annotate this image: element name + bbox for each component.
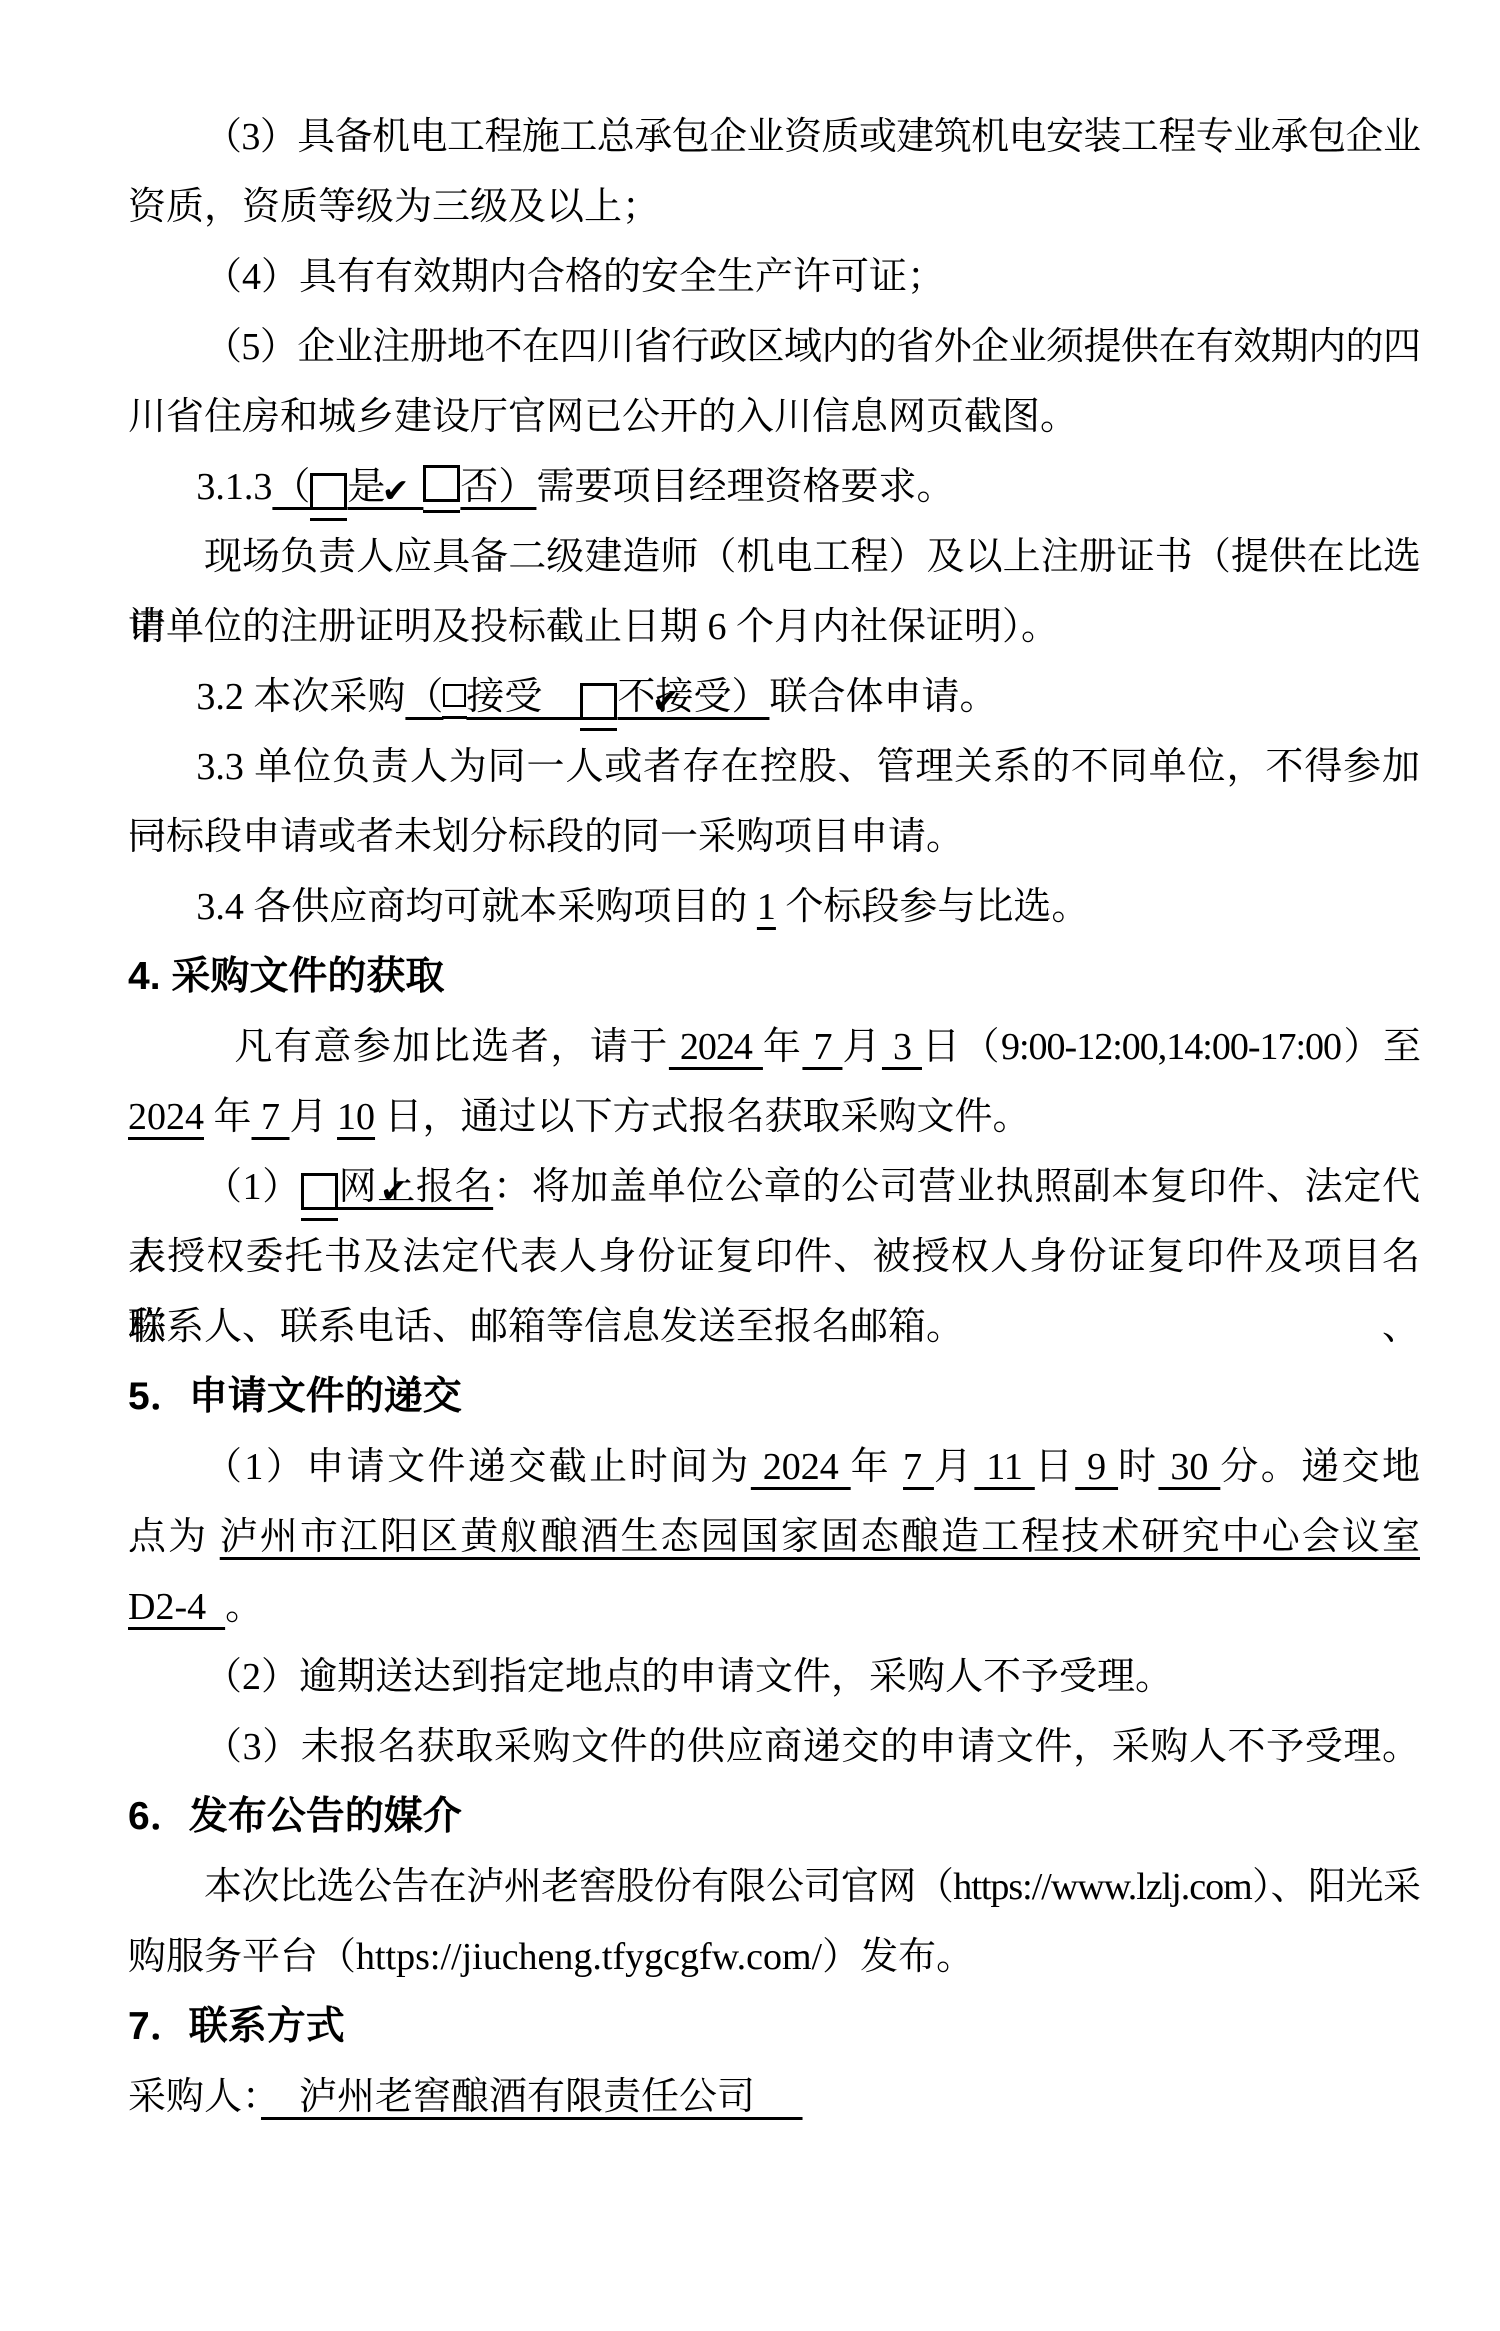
underlined-fill-in-text: （ [405,676,443,718]
underlined-fill-in-text: 30 [1158,1446,1220,1488]
paragraph-line: （1）申请文件递交截止时间为 2024 年 7 月 11 日 9 时 30 分。… [128,1432,1420,1502]
text-run: 联系人、联系电话、邮箱等信息发送至报名邮箱。 [128,1306,964,1348]
text-run: 4. 采购文件的获取 [128,955,444,998]
text-run: 3.4 各供应商均可就本采购项目的 [196,886,757,928]
text-run: 月 [934,1446,974,1488]
underlined-fill-in-text: 不接受） [617,676,769,718]
paragraph-line: 资质，资质等级为三级及以上； [128,172,1420,242]
paragraph-line: 一标段申请或者未划分标段的同一采购项目申请。 [128,802,1420,872]
text-run: 川省住房和城乡建设厅官网已公开的入川信息网页截图。 [128,396,1078,438]
paragraph-line: 2024 年 7 月 10 日，通过以下方式报名获取采购文件。 [128,1082,1420,1152]
text-run: 时 [1118,1446,1158,1488]
section-heading: 6．发布公告的媒介 [128,1782,1420,1852]
paragraph-line: （1）✔网上报名：将加盖单位公章的公司营业执照副本复印件、法定代表 [128,1152,1420,1222]
document-page: （3）具备机电工程施工总承包企业资质或建筑机电安装工程专业承包企业资质，资质等级… [0,0,1500,2331]
text-run: 年 [763,1026,803,1068]
text-run: 联合体申请。 [769,676,997,718]
text-run: 一标段申请或者未划分标段的同一采购项目申请。 [128,816,964,858]
text-run: （2）逾期送达到指定地点的申请文件，采购人不予受理。 [204,1656,1173,1698]
section-heading: 7．联系方式 [128,1992,1420,2062]
text-run: 月 [290,1096,338,1138]
text-run: 日 [1035,1446,1075,1488]
text-run: （4）具有有效期内合格的安全生产许可证； [204,256,945,298]
paragraph-line: （2）逾期送达到指定地点的申请文件，采购人不予受理。 [128,1642,1420,1712]
underlined-fill-in-text: D2-4 [128,1586,225,1628]
underlined-fill-in-text: 7 [903,1446,934,1488]
text-run: 购服务平台（https://jiucheng.tfygcgfw.com/）发布。 [128,1936,974,1978]
paragraph-line: 3.3 单位负责人为同一人或者存在控股、管理关系的不同单位，不得参加同 [128,732,1420,802]
underlined-fill-in-text: 2024 [128,1096,204,1138]
underlined-fill-in-text: 7 [802,1026,842,1068]
text-run: 日（9:00-12:00,14:00-17:00）至 [922,1026,1420,1068]
underlined-fill-in-text: 接受 [466,676,580,718]
text-run: 3.2 本次采购 [196,676,405,718]
checked-checkbox-icon: ✔ [301,1173,338,1210]
paragraph-line: （5）企业注册地不在四川省行政区域内的省外企业须提供在有效期内的四 [128,312,1420,382]
paragraph-line: 点为 泸州市江阳区黄舣酿酒生态园国家固态酿造工程技术研究中心会议室 [128,1502,1420,1572]
text-run: 个标段参与比选。 [776,886,1090,928]
text-run: 7．联系方式 [128,2005,345,2048]
underlined-fill-in-text: 泸州老窖酿酒有限责任公司 [261,2076,803,2118]
paragraph-line: 购服务平台（https://jiucheng.tfygcgfw.com/）发布。 [128,1922,1420,1992]
text-run: （1） [204,1166,301,1208]
underlined-fill-in-text: 10 [337,1096,375,1138]
paragraph-line: 3.1.3（✔是 否）需要项目经理资格要求。 [128,452,1420,522]
checked-checkbox-icon: ✔ [580,683,617,720]
paragraph-line: （3）具备机电工程施工总承包企业资质或建筑机电安装工程专业承包企业 [128,102,1420,172]
paragraph-line: （3）未报名获取采购文件的供应商递交的申请文件，采购人不予受理。 [128,1712,1420,1782]
underlined-fill-in-text: 2024 [669,1026,763,1068]
underlined-fill-in-text: 网上报名 [338,1166,493,1208]
paragraph-line: D2-4 。 [128,1572,1420,1642]
paragraph-line: 现场负责人应具备二级建造师（机电工程）及以上注册证书（提供在比选申 [128,522,1420,592]
text-run: 资质，资质等级为三级及以上； [128,186,660,228]
text-run: 分。递交地 [1220,1446,1420,1488]
text-run: 本次比选公告在泸州老窖股份有限公司官网（https://www.lzlj.com… [204,1866,1420,1908]
text-run: 日，通过以下方式报名获取采购文件。 [375,1096,1031,1138]
underlined-fill-in-text: 泸州市江阳区黄舣酿酒生态园国家固态酿造工程技术研究中心会议室 [220,1516,1420,1558]
text-run: 月 [842,1026,882,1068]
text-run: 3.1.3 [196,466,272,508]
paragraph-line: 川省住房和城乡建设厅官网已公开的入川信息网页截图。 [128,382,1420,452]
unchecked-checkbox-icon [423,465,460,502]
text-run: 年 [204,1096,252,1138]
text-run: 。 [225,1586,263,1628]
underlined-fill-in-text: 否） [460,466,536,508]
paragraph-line: 采购人： 泸州老窖酿酒有限责任公司 [128,2062,1420,2132]
underlined-fill-in-text: （ [272,466,310,508]
paragraph-line: 3.4 各供应商均可就本采购项目的 1 个标段参与比选。 [128,872,1420,942]
paragraph-line: 本次比选公告在泸州老窖股份有限公司官网（https://www.lzlj.com… [128,1852,1420,1922]
document-content: （3）具备机电工程施工总承包企业资质或建筑机电安装工程专业承包企业资质，资质等级… [128,102,1420,2132]
paragraph-line: 人授权委托书及法定代表人身份证复印件、被授权人身份证复印件及项目名称、 [128,1222,1420,1292]
section-heading: 4. 采购文件的获取 [128,942,1420,1012]
text-run: 凡有意参加比选者，请于 [234,1026,669,1068]
text-run: （3）具备机电工程施工总承包企业资质或建筑机电安装工程专业承包企业 [204,116,1420,158]
underlined-fill-in-text: 1 [757,886,776,928]
text-run: 年 [851,1446,903,1488]
text-run: 采购人： [128,2076,261,2118]
underlined-fill-in-text: 7 [252,1096,290,1138]
checked-checkbox-icon: ✔ [310,473,347,510]
underlined-fill-in-text: 9 [1075,1446,1118,1488]
paragraph-line: 3.2 本次采购（接受 ✔不接受）联合体申请。 [128,662,1420,732]
text-run: 5．申请文件的递交 [128,1375,462,1418]
underlined-fill-in-text: 11 [974,1446,1034,1488]
section-heading: 5．申请文件的递交 [128,1362,1420,1432]
text-run: 点为 [128,1516,220,1558]
text-run: （3）未报名获取采购文件的供应商递交的申请文件，采购人不予受理。 [204,1726,1420,1768]
paragraph-line: （4）具有有效期内合格的安全生产许可证； [128,242,1420,312]
text-run: （1）申请文件递交截止时间为 [204,1446,751,1488]
text-run: （5）企业注册地不在四川省行政区域内的省外企业须提供在有效期内的四 [204,326,1420,368]
unchecked-checkbox-icon [443,684,466,707]
text-run: 6．发布公告的媒介 [128,1795,462,1838]
paragraph-line: 请单位的注册证明及投标截止日期 6 个月内社保证明）。 [128,592,1420,662]
underlined-fill-in-text: 3 [882,1026,922,1068]
text-run: 请单位的注册证明及投标截止日期 6 个月内社保证明）。 [128,606,1059,648]
paragraph-line: 凡有意参加比选者，请于 2024 年 7 月 3 日（9:00-12:00,14… [128,1012,1420,1082]
underlined-fill-in-text: 2024 [751,1446,851,1488]
text-run: 需要项目经理资格要求。 [536,466,954,508]
